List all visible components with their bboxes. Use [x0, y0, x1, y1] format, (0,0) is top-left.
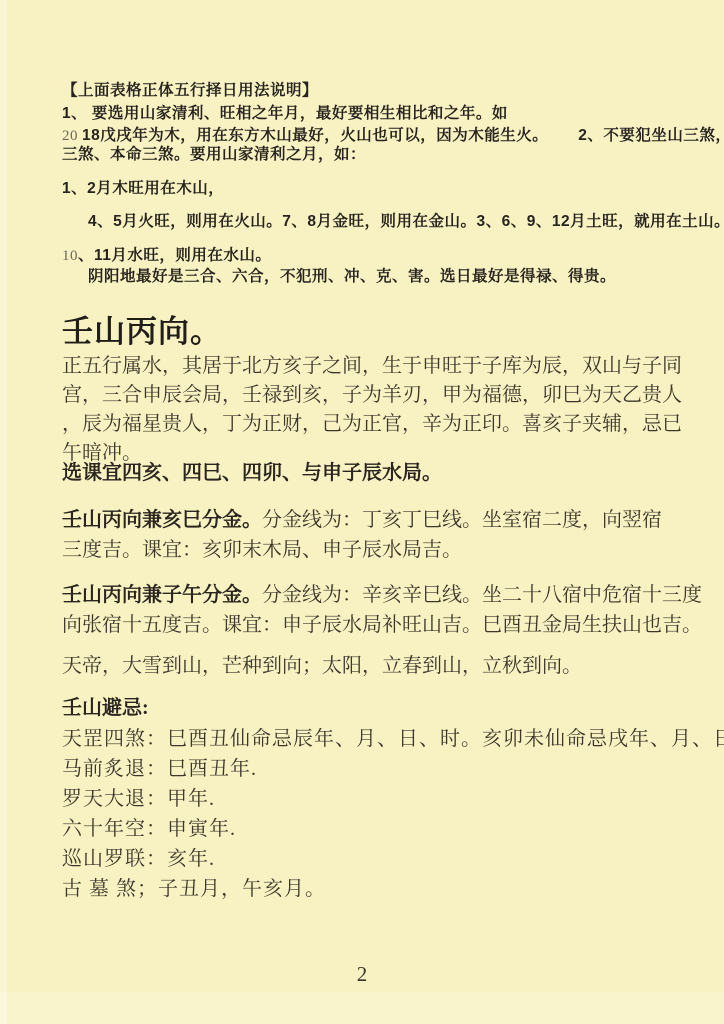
- fenjin2-line1: 壬山丙向兼子午分金。分金线为：辛亥辛巳线。坐二十八宿中危宿十三度: [62, 580, 702, 610]
- taboo-item: 马前炙退：巳酉丑年.: [62, 754, 724, 784]
- usage-notes-title: 【上面表格正体五行择日用法说明】: [62, 78, 318, 100]
- fenjin1-lead: 壬山丙向兼亥巳分金。: [62, 509, 262, 531]
- fenjin2-lead: 壬山丙向兼子午分金。: [62, 584, 262, 606]
- section-title: 壬山丙向。: [62, 306, 222, 351]
- fenjin2-line2: 向张宿十五度吉。课宜：申子辰水局补旺山吉。巳酉丑金局生扶山也吉。: [62, 610, 702, 640]
- intro-line: 正五行属水，其居于北方亥子之间，生于申旺于子库为辰，双山与子同: [62, 352, 682, 381]
- usage-notes-item4: 阴阳地最好是三合、六合，不犯刑、冲、克、害。选日最好是得禄、得贵。: [88, 264, 616, 286]
- fenjin1-line2: 三度吉。课宜：亥卯末木局、申子辰水局吉。: [62, 535, 662, 565]
- scan-bottom-artifact: [0, 992, 724, 1024]
- usage-notes-item2: 4、5月火旺，则用在火山。7、8月金旺，则用在金山。3、6、9、12月土旺，就用…: [88, 209, 724, 231]
- fenjin1-line1-text: 分金线为：丁亥丁巳线。坐室宿二度，向翌宿: [262, 509, 662, 531]
- document-page: 【上面表格正体五行择日用法说明】 1、 要选用山家清利、旺相之年月，最好要相生相…: [0, 0, 724, 1024]
- taboo-item: 罗天大退：甲年.: [62, 784, 724, 814]
- scan-edge-artifact: [0, 0, 7, 1024]
- taboo-item: 六十年空：申寅年.: [62, 814, 724, 844]
- taboo-item: 古 墓 煞；子丑月，午亥月。: [62, 874, 724, 904]
- intro-line: ，辰为福星贵人，丁为正财，己为正官，辛为正印。喜亥子夹辅，忌已: [62, 410, 682, 439]
- taboos-title: 壬山避忌:: [62, 691, 149, 720]
- taboo-item: 巡山罗联：亥年.: [62, 844, 724, 874]
- usage-notes-line2-wrap: 三煞、本命三煞。要用山家清利之月，如：: [62, 142, 366, 164]
- fenjin2-paragraph: 壬山丙向兼子午分金。分金线为：辛亥辛巳线。坐二十八宿中危宿十三度 向张宿十五度吉…: [62, 580, 702, 640]
- course-advice: 选课宜四亥、四巳、四卯、与申子辰水局。: [62, 456, 442, 485]
- fenjin1-line1: 壬山丙向兼亥巳分金。分金线为：丁亥丁巳线。坐室宿二度，向翌宿: [62, 505, 662, 535]
- usage-notes-line1: 1、 要选用山家清利、旺相之年月，最好要相生相比和之年。如: [62, 101, 508, 123]
- item3-number: 10: [62, 248, 78, 264]
- usage-notes-line2-right: 2、不要犯坐山三煞，年: [578, 127, 724, 144]
- usage-notes-item3-text: 、11月水旺，则用在水山。: [78, 247, 271, 264]
- taboos-list: 天罡四煞：巳酉丑仙命忌辰年、月、日、时。亥卯未仙命忌戌年、月、日、时。 马前炙退…: [62, 724, 724, 904]
- usage-notes-item1: 1、2月木旺用在木山，: [62, 176, 224, 198]
- taboo-item: 天罡四煞：巳酉丑仙命忌辰年、月、日、时。亥卯未仙命忌戌年、月、日、时。: [62, 724, 724, 754]
- fenjin1-paragraph: 壬山丙向兼亥巳分金。分金线为：丁亥丁巳线。坐室宿二度，向翌宿 三度吉。课宜：亥卯…: [62, 505, 662, 565]
- tiandi-line: 天帝，大雪到山，芒种到向；太阳，立春到山，立秋到向。: [62, 649, 582, 678]
- intro-paragraph: 正五行属水，其居于北方亥子之间，生于申旺于子库为辰，双山与子同 宫，三合申辰会局…: [62, 352, 682, 468]
- fenjin2-line1-text: 分金线为：辛亥辛巳线。坐二十八宿中危宿十三度: [262, 584, 702, 606]
- usage-notes-item3: 10、11月水旺，则用在水山。: [62, 243, 271, 265]
- intro-line: 宫，三合申辰会局，壬禄到亥，子为羊刃，甲为福德，卯巳为天乙贵人: [62, 381, 682, 410]
- page-number: 2: [0, 962, 724, 987]
